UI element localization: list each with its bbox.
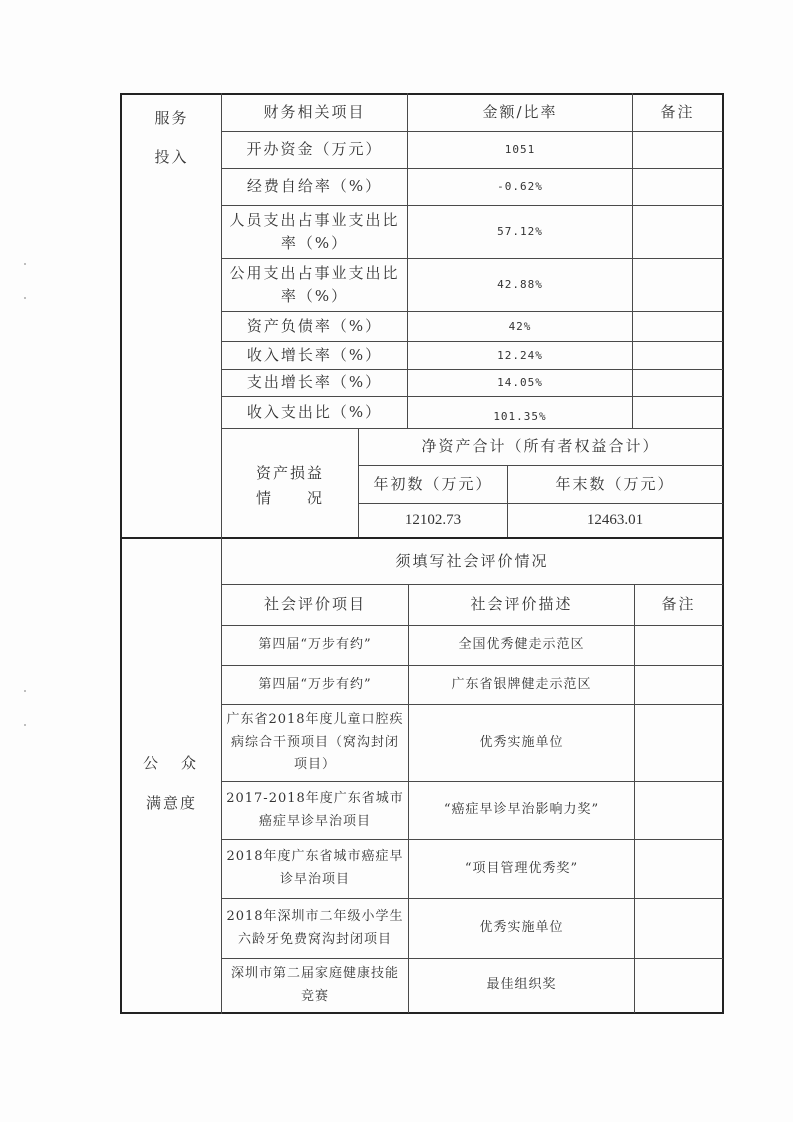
finance-item: 人员支出占事业支出比率（%）	[228, 206, 401, 258]
finance-item: 资产负债率（%）	[222, 312, 407, 341]
finance-note	[633, 370, 722, 396]
finance-note	[633, 397, 722, 428]
net-assets-header: 净资产合计（所有者权益合计）	[359, 429, 722, 465]
finance-value: 14.05%	[408, 370, 632, 396]
asset-label-line1: 资产损益	[222, 462, 358, 486]
evaluation-item: 2018年度广东省城市癌症早诊早治项目	[226, 840, 404, 898]
year-begin-value: 12102.73	[359, 504, 507, 537]
evaluation-desc: 广东省银牌健走示范区	[409, 666, 634, 704]
finance-note	[633, 132, 722, 168]
finance-value: 101.35%	[408, 401, 632, 432]
header-amount-ratio: 金额/比率	[408, 94, 632, 131]
evaluation-desc: “癌症早诊早治影响力奖”	[409, 782, 634, 839]
header-evaluation-desc: 社会评价描述	[409, 585, 634, 625]
finance-note	[633, 169, 722, 205]
social-evaluation-title: 须填写社会评价情况	[222, 539, 722, 584]
finance-value: 1051	[408, 132, 632, 168]
evaluation-note	[635, 626, 722, 665]
table-border-right	[722, 93, 724, 1014]
finance-note	[633, 259, 722, 311]
evaluation-note	[635, 899, 722, 958]
finance-value: 12.24%	[408, 342, 632, 369]
table-border-left	[120, 93, 122, 1014]
finance-value: 57.12%	[408, 206, 632, 258]
service-input-label-line2: 投入	[122, 143, 221, 173]
scan-mark	[24, 263, 26, 265]
finance-value: -0.62%	[408, 169, 632, 205]
service-input-label-line1: 服务	[122, 104, 221, 134]
evaluation-item: 第四届“万步有约”	[222, 666, 408, 704]
scan-mark	[24, 297, 26, 299]
header-finance-item: 财务相关项目	[222, 94, 407, 131]
evaluation-note	[635, 840, 722, 898]
evaluation-note	[635, 959, 722, 1012]
finance-item: 开办资金（万元）	[222, 132, 407, 168]
evaluation-item: 2017-2018年度广东省城市癌症早诊早治项目	[226, 782, 404, 839]
evaluation-note	[635, 705, 722, 781]
evaluation-desc: 优秀实施单位	[409, 705, 634, 781]
scan-mark	[24, 690, 26, 692]
finance-value: 42.88%	[408, 259, 632, 311]
evaluation-item: 第四届“万步有约”	[222, 626, 408, 665]
year-end-header: 年末数（万元）	[508, 466, 722, 503]
evaluation-desc: 全国优秀健走示范区	[409, 626, 634, 665]
asset-label-line2: 情 况	[222, 487, 358, 511]
evaluation-desc: 最佳组织奖	[409, 959, 634, 1012]
evaluation-note	[635, 782, 722, 839]
year-end-value: 12463.01	[508, 504, 722, 537]
evaluation-desc: 优秀实施单位	[409, 899, 634, 958]
header-note: 备注	[633, 94, 722, 131]
header-note: 备注	[635, 585, 722, 625]
finance-item: 经费自给率（%）	[222, 169, 407, 205]
header-evaluation-item: 社会评价项目	[222, 585, 408, 625]
scan-mark	[24, 724, 26, 726]
public-satisfaction-label-line1: 公 众	[122, 750, 221, 778]
evaluation-note	[635, 666, 722, 704]
public-satisfaction-label-line2: 满意度	[122, 790, 221, 818]
evaluation-item: 深圳市第二届家庭健康技能竞赛	[226, 959, 404, 1012]
finance-item: 公用支出占事业支出比率（%）	[228, 259, 401, 311]
evaluation-item: 广东省2018年度儿童口腔疾病综合干预项目（窝沟封闭项目）	[226, 705, 404, 781]
finance-note	[633, 206, 722, 258]
evaluation-item: 2018年深圳市二年级小学生六龄牙免费窝沟封闭项目	[226, 899, 404, 958]
finance-item: 收入增长率（%）	[222, 342, 407, 369]
finance-item: 收入支出比（%）	[222, 397, 407, 428]
year-begin-header: 年初数（万元）	[359, 466, 507, 503]
finance-note	[633, 312, 722, 341]
finance-value: 42%	[408, 312, 632, 341]
finance-item: 支出增长率（%）	[222, 370, 407, 396]
finance-note	[633, 342, 722, 369]
evaluation-desc: “项目管理优秀奖”	[409, 840, 634, 898]
